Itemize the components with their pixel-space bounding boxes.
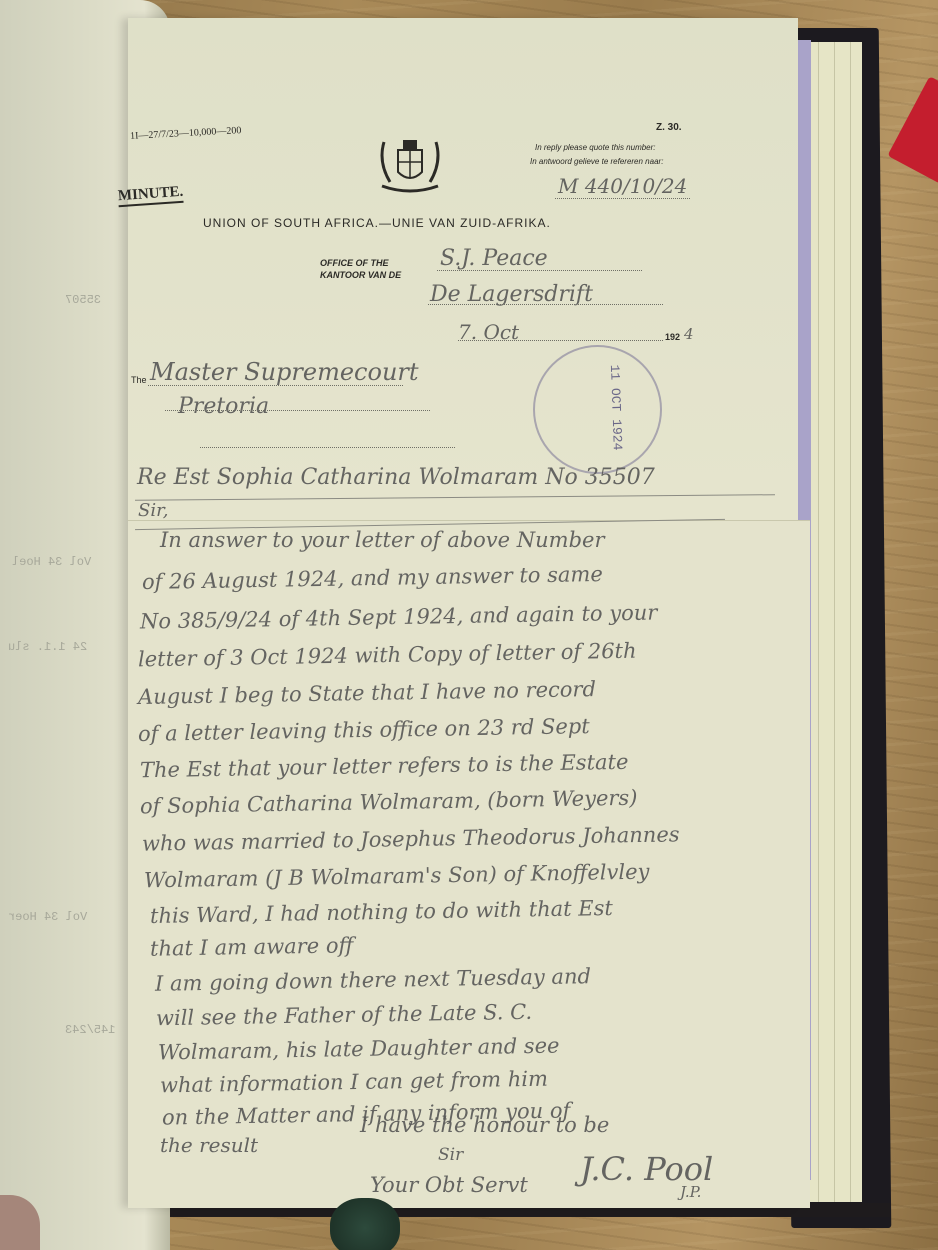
green-bookmark-knot bbox=[330, 1198, 400, 1250]
reference-number: M 440/10/24 bbox=[558, 174, 687, 198]
office-underline bbox=[437, 270, 642, 271]
body-line: In answer to your letter of above Number bbox=[160, 528, 605, 552]
body-line: that I am aware off bbox=[150, 933, 354, 961]
ghost-text: Vol 34 Hoer bbox=[8, 910, 87, 924]
ghost-text: 145/243 bbox=[65, 1023, 115, 1037]
body-line: the result bbox=[160, 1133, 258, 1157]
ghost-text: Vol 34 Hoel bbox=[12, 555, 91, 569]
reference-underline bbox=[555, 198, 690, 199]
salutation: Sir, bbox=[138, 500, 168, 521]
addressee-underline-1 bbox=[148, 385, 403, 386]
subject-line: Re Est Sophia Catharina Wolmaram No 3550… bbox=[137, 465, 655, 490]
office-name: S.J. Peace bbox=[440, 246, 548, 271]
closing-sir: Sir bbox=[438, 1145, 463, 1165]
closing-line: I have the honour to be bbox=[360, 1113, 609, 1137]
received-stamp bbox=[533, 345, 662, 474]
addressee-underline-2 bbox=[165, 410, 430, 411]
received-stamp-date: 11 OCT 1924 bbox=[607, 364, 625, 450]
date-year-prefix: 192 bbox=[665, 332, 680, 342]
addressee-line-2: Pretoria bbox=[178, 394, 269, 419]
date-year-suffix: 4 bbox=[684, 325, 694, 343]
closing-sign: Your Obt Servt bbox=[370, 1173, 528, 1197]
form-code: Z. 30. bbox=[656, 122, 682, 133]
to-prefix: The bbox=[131, 375, 147, 385]
office-label-en: OFFICE OF THE bbox=[320, 258, 389, 268]
office-label-af: KANTOOR VAN DE bbox=[320, 270, 401, 280]
ghost-text: 35507 bbox=[65, 293, 101, 307]
ghost-text: 24 1.1. slu bbox=[8, 640, 87, 654]
document-heading: UNION OF SOUTH AFRICA.—UNIE VAN ZUID-AFR… bbox=[203, 216, 551, 230]
addressee-underline-3 bbox=[200, 447, 455, 448]
coat-of-arms-icon bbox=[370, 132, 450, 197]
signature-title: J.P. bbox=[680, 1183, 701, 1201]
reply-label-af: In antwoord gelieve te refereren naar: bbox=[530, 157, 663, 166]
reply-label-en: In reply please quote this number: bbox=[535, 143, 656, 152]
addressee-line-1: Master Supremecourt bbox=[150, 358, 419, 386]
date-underline bbox=[458, 340, 663, 341]
location-underline bbox=[428, 304, 663, 305]
